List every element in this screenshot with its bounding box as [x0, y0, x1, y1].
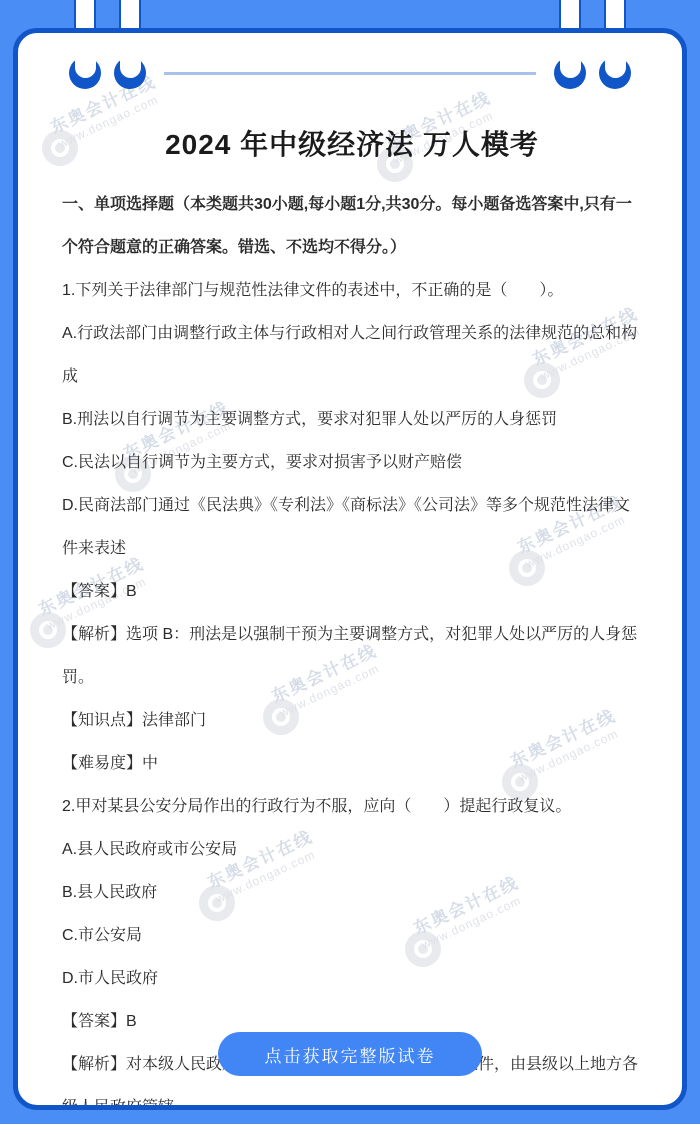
exam-title: 2024 年中级经济法 万人模考 [62, 129, 642, 161]
section-header: 一、单项选择题（本类题共30小题,每小题1分,共30分。每小题备选答案中,只有一… [62, 183, 642, 269]
option-a: A.县人民政府或市公安局 [62, 828, 642, 871]
binder-strip-icon [75, 33, 96, 78]
option-b: B.县人民政府 [62, 871, 642, 914]
option-d: D.市人民政府 [62, 957, 642, 1000]
option-b: B.刑法以自行调节为主要调整方式，要求对犯罪人处以严厉的人身惩罚 [62, 398, 642, 441]
analysis-line: 【解析】选项 B：刑法是以强制干预为主要调整方式，对犯罪人处以严厉的人身惩罚。 [62, 613, 642, 699]
option-c: C.民法以自行调节为主要方式，要求对损害予以财产赔偿 [62, 441, 642, 484]
option-d: D.民商法部门通过《民法典》《专利法》《商标法》《公司法》等多个规范性法律文件来… [62, 484, 642, 570]
option-c: C.市公安局 [62, 914, 642, 957]
knowledge-point-line: 【知识点】法律部门 [62, 699, 642, 742]
header-divider [164, 72, 536, 75]
question-stem: 2.甲对某县公安分局作出的行政行为不服，应向（ ）提起行政复议。 [62, 785, 642, 828]
question-stem: 1.下列关于法律部门与规范性法律文件的表述中，不正确的是（ ）。 [62, 269, 642, 312]
binder-strip-icon [560, 33, 581, 78]
exam-paper-card: 东奥会计在线www.dongao.com东奥会计在线www.dongao.com… [13, 28, 687, 1110]
exam-content: 2024 年中级经济法 万人模考 一、单项选择题（本类题共30小题,每小题1分,… [18, 33, 682, 1105]
answer-line: 【答案】B [62, 570, 642, 613]
binder-strip-icon [120, 33, 141, 78]
option-a: A.行政法部门由调整行政主体与行政相对人之间行政管理关系的法律规范的总和构成 [62, 312, 642, 398]
difficulty-line: 【难易度】中 [62, 742, 642, 785]
get-full-paper-button[interactable]: 点击获取完整版试卷 [218, 1032, 482, 1076]
binder-strip-icon [605, 33, 626, 78]
